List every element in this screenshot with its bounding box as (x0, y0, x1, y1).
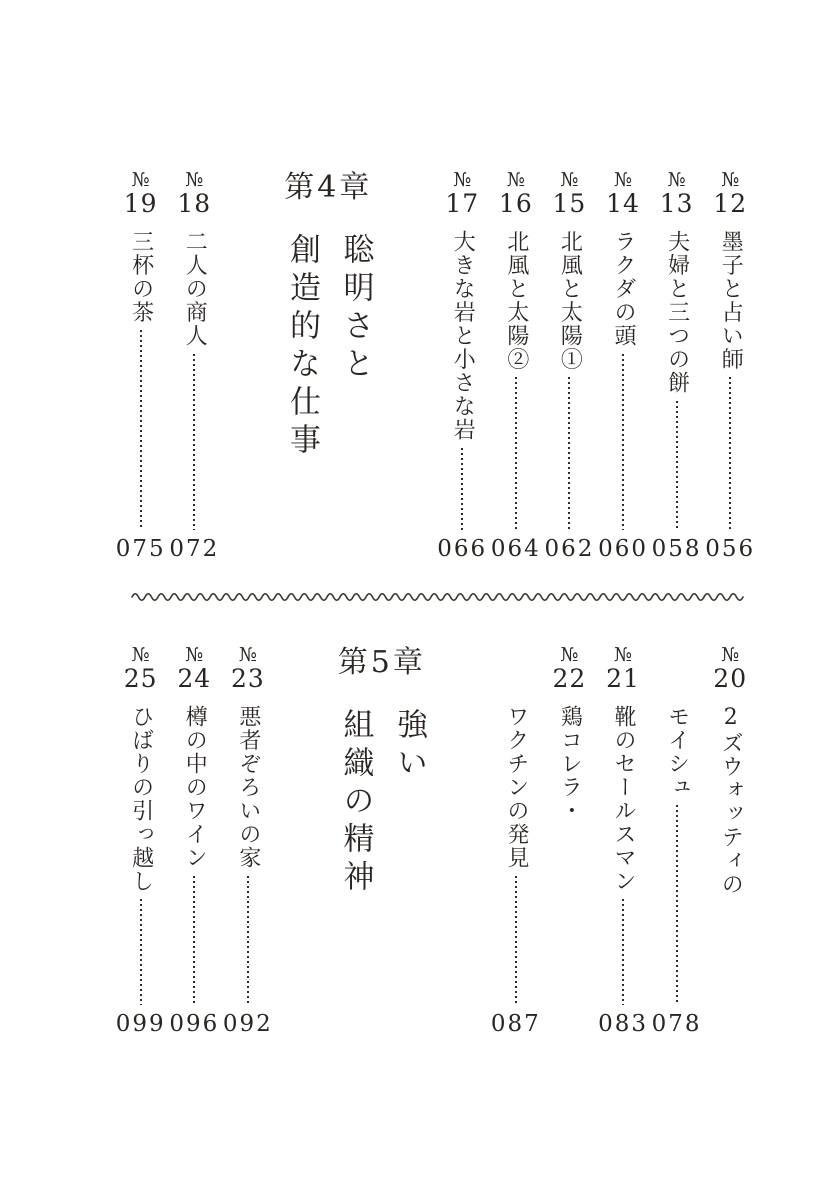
toc-entry: №21靴のセールスマン083 (596, 645, 650, 1035)
dotted-leader (193, 354, 195, 531)
page-number: 075 (116, 538, 166, 560)
toc-entry-column: モイシュ078 (650, 645, 704, 1035)
chapter-title: 強い組織の精神 (328, 708, 435, 898)
toc-entry-column: №13夫婦と三つの餅058 (650, 170, 704, 560)
page-number: 072 (169, 538, 219, 560)
toc-entry: №14ラクダの頭060 (596, 170, 650, 560)
numero-icon: № (499, 170, 533, 191)
dotted-leader (622, 899, 624, 1005)
entry-number: №19 (124, 170, 158, 218)
entry-number-value: 23 (231, 666, 265, 692)
entry-number: №12 (713, 170, 747, 218)
entry-number: №15 (553, 170, 587, 218)
entry-number: №18 (177, 170, 211, 218)
page-number: 060 (598, 538, 648, 560)
entry-number-value: 25 (124, 666, 158, 692)
chapter-label: 第4章 (275, 170, 382, 208)
entry-number: №17 (445, 170, 479, 218)
numero-icon: № (231, 645, 265, 666)
dotted-leader (622, 354, 624, 531)
numero-icon: № (660, 170, 694, 191)
chapter-title-line: 創造的な仕事 (286, 233, 317, 461)
chapter-title-line: 聡明さと (340, 233, 371, 461)
numero-icon: № (124, 645, 158, 666)
toc-entry: №22鶏コレラ・ワクチンの発見087 (489, 645, 596, 1035)
numero-icon: № (445, 170, 479, 191)
toc-entry: №23悪者ぞろいの家092 (221, 645, 275, 1035)
entry-title-line: ラクダの頭 (612, 230, 634, 348)
dotted-leader (140, 330, 142, 530)
numero-icon: № (606, 170, 640, 191)
numero-icon: № (606, 645, 640, 666)
dotted-leader (193, 876, 195, 1006)
numero-icon: № (553, 645, 587, 666)
toc-entry-column: №23悪者ぞろいの家092 (221, 645, 275, 1035)
page-number: 096 (169, 1013, 219, 1035)
entry-number-value: 15 (553, 191, 587, 217)
entry-title-line: 三杯の茶 (130, 230, 152, 324)
toc-entry: №19三杯の茶075 (114, 170, 168, 560)
entry-number: №20 (713, 645, 747, 693)
toc-entry: №17大きな岩と小さな岩066 (435, 170, 489, 560)
entry-number-value: 12 (713, 191, 747, 217)
toc-section-chapter5: №202ズウォッティのモイシュ078№21靴のセールスマン083№22鶏コレラ・… (113, 645, 757, 1035)
toc-entry-column: №19三杯の茶075 (114, 170, 168, 560)
toc-page: №12墨子と占い師056№13夫婦と三つの餅058№14ラクダの頭060№15北… (0, 0, 830, 1200)
page-number: 066 (437, 538, 487, 560)
dotted-leader (568, 377, 570, 530)
dotted-leader (140, 899, 142, 1005)
entry-number: №13 (660, 170, 694, 218)
page-number: 062 (544, 538, 594, 560)
numero-icon: № (177, 645, 211, 666)
chapter-title-column: 組織の精神 (328, 708, 382, 898)
entry-title-line: ワクチンの発見 (505, 705, 527, 870)
entry-title-line: 靴のセールスマン (612, 705, 634, 893)
page-number: 092 (223, 1013, 273, 1035)
entry-title-line: 墨子と占い師 (719, 230, 741, 371)
chapter-title-line: 強い (393, 708, 424, 898)
empty-column (382, 170, 436, 560)
numero-icon: № (124, 170, 158, 191)
dotted-leader (461, 448, 463, 531)
toc-entry: №15北風と太陽①062 (543, 170, 597, 560)
empty-column (221, 170, 275, 560)
toc-entry: №202ズウォッティのモイシュ078 (650, 645, 757, 1035)
entry-title-line: 夫婦と三つの餅 (666, 230, 688, 395)
toc-entry: №24樽の中のワイン096 (167, 645, 221, 1035)
toc-entry: №16北風と太陽②064 (489, 170, 543, 560)
entry-number: №25 (124, 645, 158, 693)
toc-entry: №12墨子と占い師056 (703, 170, 757, 560)
toc-entry-column: №12墨子と占い師056 (703, 170, 757, 560)
entry-title-line: 鶏コレラ・ (558, 705, 580, 823)
chapter-heading: 第4章聡明さと創造的な仕事 (275, 170, 382, 560)
toc-entry-column: №15北風と太陽①062 (543, 170, 597, 560)
toc-entry-column: №21靴のセールスマン083 (596, 645, 650, 1035)
toc-section-chapter4: №12墨子と占い師056№13夫婦と三つの餅058№14ラクダの頭060№15北… (113, 170, 757, 560)
entry-title-line: 二人の商人 (183, 230, 205, 348)
entry-number: №14 (606, 170, 640, 218)
chapter-title: 聡明さと創造的な仕事 (275, 233, 382, 461)
entry-title-line: 大きな岩と小さな岩 (451, 230, 473, 442)
entry-number-value: 21 (606, 666, 640, 692)
numero-icon: № (713, 170, 747, 191)
entry-number: №22 (553, 645, 587, 693)
toc-entry-column: №18二人の商人072 (167, 170, 221, 560)
dotted-leader (729, 377, 731, 530)
page-number: 083 (598, 1013, 648, 1035)
toc-entry-column: №22鶏コレラ・ (543, 645, 597, 1035)
entry-title-line: 樽の中のワイン (183, 705, 205, 870)
chapter-title-column: 聡明さと (328, 233, 382, 461)
page-number: 058 (652, 538, 702, 560)
entry-number-value: 18 (177, 191, 211, 217)
entry-number-value: 20 (713, 666, 747, 692)
entry-number: №21 (606, 645, 640, 693)
entry-number-value: 17 (445, 191, 479, 217)
toc-entry-column: №16北風と太陽②064 (489, 170, 543, 560)
entry-number-value: 16 (499, 191, 533, 217)
toc-entry-column: №202ズウォッティの (703, 645, 757, 1035)
toc-entry-column: №17大きな岩と小さな岩066 (435, 170, 489, 560)
empty-column (275, 645, 329, 1035)
dotted-leader (676, 401, 678, 531)
entry-title-line: モイシュ (666, 705, 688, 799)
entry-number-value: 19 (124, 191, 158, 217)
numero-icon: № (553, 170, 587, 191)
toc-entry-column: №14ラクダの頭060 (596, 170, 650, 560)
toc-entry-column: ワクチンの発見087 (489, 645, 543, 1035)
toc-entry: №25ひばりの引っ越し099 (114, 645, 168, 1035)
entry-number-value: 24 (177, 666, 211, 692)
dotted-leader (515, 876, 517, 1006)
chapter-title-line: 組織の精神 (340, 708, 371, 898)
wavy-line-path (132, 594, 743, 600)
numero-icon: № (713, 645, 747, 666)
entry-title-line: 悪者ぞろいの家 (237, 705, 259, 870)
toc-entry-column: №25ひばりの引っ越し099 (114, 645, 168, 1035)
entry-title-line: 北風と太陽① (558, 230, 580, 371)
chapter-label: 第5章 (328, 645, 435, 683)
entry-number-value: 22 (553, 666, 587, 692)
page-number: 056 (705, 538, 755, 560)
page-number: 087 (491, 1013, 541, 1035)
dotted-leader (515, 377, 517, 530)
page-number: 099 (116, 1013, 166, 1035)
entry-title-line: ひばりの引っ越し (130, 705, 152, 893)
entry-number-value: 13 (660, 191, 694, 217)
entry-title-line: 北風と太陽② (505, 230, 527, 371)
numero-icon: № (177, 170, 211, 191)
entry-title-line: 2ズウォッティの (719, 705, 741, 896)
wavy-divider (131, 589, 747, 605)
dotted-leader (247, 876, 249, 1006)
entry-number: №23 (231, 645, 265, 693)
entry-number: №24 (177, 645, 211, 693)
entry-number: №16 (499, 170, 533, 218)
page-number: 078 (652, 1013, 702, 1035)
toc-entry: №13夫婦と三つの餅058 (650, 170, 704, 560)
chapter-title-column: 創造的な仕事 (275, 233, 329, 461)
toc-entry-column: №24樽の中のワイン096 (167, 645, 221, 1035)
toc-entry: №18二人の商人072 (167, 170, 221, 560)
wavy-line-icon (131, 589, 747, 605)
chapter-heading: 第5章強い組織の精神 (328, 645, 435, 1035)
page-number: 064 (491, 538, 541, 560)
empty-column (435, 645, 489, 1035)
entry-number-value: 14 (606, 191, 640, 217)
chapter-title-column: 強い (382, 708, 436, 898)
dotted-leader (676, 805, 678, 1005)
